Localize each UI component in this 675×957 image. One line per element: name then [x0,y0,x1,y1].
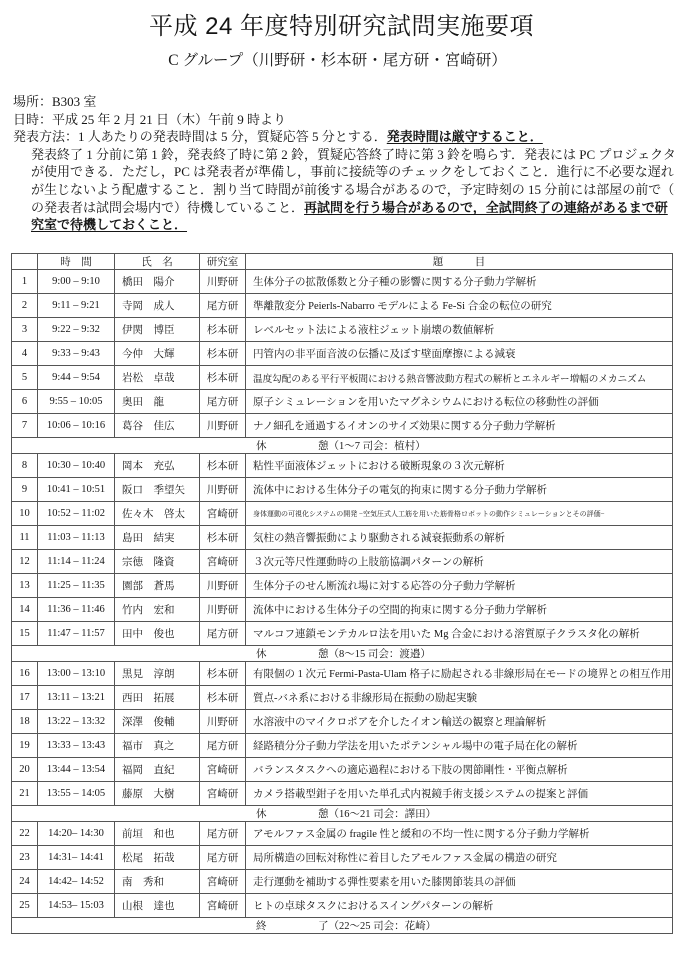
time-slot: 11:03 – 11:13 [38,526,115,550]
notes-text: の発表者は試問会場内で）待機していること． [31,200,304,215]
row-number: 3 [12,318,38,342]
thesis-title: アモルファス金属の fragile 性と緩和の不均一性に関する分子動力学解析 [246,822,673,846]
thesis-title: マルコフ連鎖モンテカルロ法を用いた Mg 合金における溶質原子クラスタ化の解析 [246,622,673,646]
header-number [12,254,38,270]
break-row: 休憩（16〜21 司会：譯田） [12,806,673,822]
break-row: 休憩（1〜7 司会：植村） [12,438,673,454]
row-number: 2 [12,294,38,318]
time-slot: 10:06 – 10:16 [38,414,115,438]
thesis-title: 身体運動の可視化システムの開発 −空気圧式人工筋を用いた筋骨格ロボットの動作シミ… [246,502,673,526]
place-line: 場所：B303 室 [0,93,675,111]
thesis-title: レベルセット法による液柱ジェット崩壊の数値解析 [246,318,673,342]
time-slot: 9:33 – 9:43 [38,342,115,366]
presenter-name: 伊関 博臣 [115,318,200,342]
thesis-title: 円管内の非平面音波の伝播に及ぼす壁面摩擦による減衰 [246,342,673,366]
lab-name: 川野研 [200,574,246,598]
presenter-name: 南 秀和 [115,870,200,894]
thesis-title: 有限個の 1 次元 Fermi-Pasta-Ulam 格子に励起される非線形局在… [246,662,673,686]
method-line: 発表方法：1 人あたりの発表時間は 5 分，質疑応答 5 分とする．発表時間は厳… [0,128,675,146]
table-row: 1511:47 – 11:57田中 俊也尾方研マルコフ連鎖モンテカルロ法を用いた… [12,622,673,646]
row-number: 5 [12,366,38,390]
thesis-title: 生体分子の拡散係数と分子種の影響に関する分子動力学解析 [246,270,673,294]
presenter-name: 福岡 直紀 [115,758,200,782]
break-label-detail: 憩（8〜15 司会：渡邉） [318,649,431,660]
thesis-title: ３次元等尺性運動時の上肢筋協調パターンの解析 [246,550,673,574]
table-row: 1411:36 – 11:46竹内 宏和川野研流体中における生体分子の空間的拘束… [12,598,673,622]
presenter-name: 奥田 龍 [115,390,200,414]
row-number: 12 [12,550,38,574]
row-number: 9 [12,478,38,502]
row-number: 22 [12,822,38,846]
thesis-title: 原子シミュレーションを用いたマグネシウムにおける転位の移動性の評価 [246,390,673,414]
presenter-name: 阪口 季望矢 [115,478,200,502]
break-label-detail: 憩（1〜7 司会：植村） [318,441,426,452]
presenter-name: 佐々木 啓太 [115,502,200,526]
time-slot: 11:14 – 11:24 [38,550,115,574]
table-row: 1913:33 – 13:43福市 真之尾方研経路積分分子動力学法を用いたポテン… [12,734,673,758]
time-slot: 9:55 – 10:05 [38,390,115,414]
lab-name: 杉本研 [200,526,246,550]
header-lab: 研究室 [200,254,246,270]
table-row: 1211:14 – 11:24宗徳 隆資宮崎研３次元等尺性運動時の上肢筋協調パタ… [12,550,673,574]
lab-name: 尾方研 [200,294,246,318]
lab-name: 川野研 [200,598,246,622]
table-row: 2314:31– 14:41松尾 拓哉尾方研局所構造の回転対称性に着目したアモル… [12,846,673,870]
row-number: 4 [12,342,38,366]
table-row: 1010:52 – 11:02佐々木 啓太宮崎研身体運動の可視化システムの開発 … [12,502,673,526]
time-slot: 9:11 – 9:21 [38,294,115,318]
lab-name: 川野研 [200,414,246,438]
lab-name: 杉本研 [200,342,246,366]
table-row: 19:00 – 9:10橋田 陽介川野研生体分子の拡散係数と分子種の影響に関する… [12,270,673,294]
thesis-title: 準離散変分 Peierls-Nabarro モデルによる Fe-Si 合金の転位… [246,294,673,318]
row-number: 20 [12,758,38,782]
table-row: 910:41 – 10:51阪口 季望矢川野研流体中における生体分子の電気的拘束… [12,478,673,502]
lab-name: 宮崎研 [200,550,246,574]
row-number: 8 [12,454,38,478]
time-slot: 13:22 – 13:32 [38,710,115,734]
schedule-table: 時 間 氏 名 研究室 題 目 19:00 – 9:10橋田 陽介川野研生体分子… [11,253,673,934]
row-number: 13 [12,574,38,598]
thesis-title: 流体中における生体分子の電気的拘束に関する分子動力学解析 [246,478,673,502]
presenter-name: 宗徳 隆資 [115,550,200,574]
presenter-name: 前垣 和也 [115,822,200,846]
table-row: 1311:25 – 11:35園部 蒼馬川野研生体分子のせん断流れ場に対する応答… [12,574,673,598]
time-slot: 14:31– 14:41 [38,846,115,870]
lab-name: 宮崎研 [200,870,246,894]
thesis-title: 質点-バネ系における非線形局在振動の励起実験 [246,686,673,710]
lab-name: 宮崎研 [200,758,246,782]
time-slot: 13:44 – 13:54 [38,758,115,782]
time-slot: 11:47 – 11:57 [38,622,115,646]
time-slot: 9:22 – 9:32 [38,318,115,342]
presenter-name: 藤原 大樹 [115,782,200,806]
table-row: 2514:53– 15:03山根 達也宮崎研ヒトの卓球タスクにおけるスイングパタ… [12,894,673,918]
break-label-start: 休 [256,438,318,453]
row-number: 16 [12,662,38,686]
end-label-detail: 了（22〜25 司会：花崎） [318,921,436,932]
header-title: 題 目 [246,254,673,270]
time-slot: 14:20– 14:30 [38,822,115,846]
notes-line: が使用できる．ただし，PC は発表者が準備し，事前に接続等のチェックをしておくこ… [0,163,675,181]
end-label-start: 終 [256,918,318,933]
thesis-title: 走行運動を補助する弾性要素を用いた膝関節装具の評価 [246,870,673,894]
notes-line: の発表者は試問会場内で）待機していること．再試問を行う場合があるので，全試問終了… [0,199,675,217]
row-number: 24 [12,870,38,894]
lab-name: 宮崎研 [200,894,246,918]
thesis-title: ヒトの卓球タスクにおけるスイングパターンの解析 [246,894,673,918]
time-slot: 13:00 – 13:10 [38,662,115,686]
table-row: 2113:55 – 14:05藤原 大樹宮崎研カメラ搭載型鉗子を用いた単孔式内視… [12,782,673,806]
time-slot: 13:55 – 14:05 [38,782,115,806]
time-slot: 14:42– 14:52 [38,870,115,894]
table-row: 710:06 – 10:16葛谷 佳広川野研ナノ細孔を通過するイオンのサイズ効果… [12,414,673,438]
presenter-name: 福市 真之 [115,734,200,758]
time-slot: 10:41 – 10:51 [38,478,115,502]
notes-emphasis: 再試問を行う場合があるので，全試問終了の連絡があるまで研 [304,200,668,215]
presenter-name: 西田 拓展 [115,686,200,710]
table-row: 2013:44 – 13:54福岡 直紀宮崎研バランスタスクへの適応過程における… [12,758,673,782]
presenter-name: 松尾 拓哉 [115,846,200,870]
lab-name: 尾方研 [200,822,246,846]
table-row: 39:22 – 9:32伊関 博臣杉本研レベルセット法による液柱ジェット崩壊の数… [12,318,673,342]
lab-name: 宮崎研 [200,782,246,806]
group-subtitle: C グループ（川野研・杉本研・尾方研・宮崎研） [0,51,675,71]
table-row: 49:33 – 9:43今仲 大輝杉本研円管内の非平面音波の伝播に及ぼす壁面摩擦… [12,342,673,366]
table-row: 1111:03 – 11:13島田 結実杉本研気柱の熱音響振動により駆動される減… [12,526,673,550]
datetime-line: 日時：平成 25 年 2 月 21 日（木）午前 9 時より [0,111,675,129]
lab-name: 宮崎研 [200,502,246,526]
thesis-title: 局所構造の回転対称性に着目したアモルファス金属の構造の研究 [246,846,673,870]
row-number: 17 [12,686,38,710]
break-row: 休憩（8〜15 司会：渡邉） [12,646,673,662]
lab-name: 尾方研 [200,846,246,870]
table-row: 29:11 – 9:21寺岡 成人尾方研準離散変分 Peierls-Nabarr… [12,294,673,318]
end-cell: 終了（22〜25 司会：花崎） [12,918,673,934]
lab-name: 川野研 [200,710,246,734]
lab-name: 尾方研 [200,622,246,646]
thesis-title: 生体分子のせん断流れ場に対する応答の分子動力学解析 [246,574,673,598]
instructions: 場所：B303 室 日時：平成 25 年 2 月 21 日（木）午前 9 時より… [0,93,675,234]
lab-name: 杉本研 [200,366,246,390]
table-header: 時 間 氏 名 研究室 題 目 [12,254,673,270]
method-text: 発表方法：1 人あたりの発表時間は 5 分，質疑応答 5 分とする． [13,129,387,144]
table-row: 2214:20– 14:30前垣 和也尾方研アモルファス金属の fragile … [12,822,673,846]
lab-name: 尾方研 [200,734,246,758]
table-row: 1613:00 – 13:10黒見 淳朗杉本研有限個の 1 次元 Fermi-P… [12,662,673,686]
presenter-name: 島田 結実 [115,526,200,550]
lab-name: 杉本研 [200,686,246,710]
time-slot: 13:33 – 13:43 [38,734,115,758]
notes-line: 究室で待機しておくこと． [0,216,675,234]
end-row: 終了（22〜25 司会：花崎） [12,918,673,934]
presenter-name: 園部 蒼馬 [115,574,200,598]
presenter-name: 岩松 卓哉 [115,366,200,390]
break-label-start: 休 [256,646,318,661]
break-label-detail: 憩（16〜21 司会：譯田） [318,809,436,820]
row-number: 11 [12,526,38,550]
lab-name: 杉本研 [200,454,246,478]
lab-name: 杉本研 [200,662,246,686]
time-slot: 9:44 – 9:54 [38,366,115,390]
time-slot: 11:36 – 11:46 [38,598,115,622]
notes-emphasis: 究室で待機しておくこと． [31,217,187,232]
row-number: 25 [12,894,38,918]
lab-name: 尾方研 [200,390,246,414]
thesis-title: 温度勾配のある平行平板間における熱音響波動方程式の解析とエネルギー増幅のメカニズ… [246,366,673,390]
break-cell: 休憩（16〜21 司会：譯田） [12,806,673,822]
thesis-title: 水溶液中のマイクロポアを介したイオン輸送の観察と理論解析 [246,710,673,734]
row-number: 23 [12,846,38,870]
break-cell: 休憩（1〜7 司会：植村） [12,438,673,454]
thesis-title: バランスタスクへの適応過程における下肢の関節剛性・平衡点解析 [246,758,673,782]
time-slot: 9:00 – 9:10 [38,270,115,294]
presenter-name: 竹内 宏和 [115,598,200,622]
table-row: 2414:42– 14:52南 秀和宮崎研走行運動を補助する弾性要素を用いた膝関… [12,870,673,894]
thesis-title: 流体中における生体分子の空間的拘束に関する分子動力学解析 [246,598,673,622]
table-row: 1813:22 – 13:32深澤 俊輔川野研水溶液中のマイクロポアを介したイオ… [12,710,673,734]
presenter-name: 寺岡 成人 [115,294,200,318]
presenter-name: 山根 達也 [115,894,200,918]
row-number: 10 [12,502,38,526]
table-row: 59:44 – 9:54岩松 卓哉杉本研温度勾配のある平行平板間における熱音響波… [12,366,673,390]
header-time: 時 間 [38,254,115,270]
lab-name: 杉本研 [200,318,246,342]
presenter-name: 深澤 俊輔 [115,710,200,734]
thesis-title: 気柱の熱音響振動により駆動される減衰振動系の解析 [246,526,673,550]
row-number: 21 [12,782,38,806]
break-cell: 休憩（8〜15 司会：渡邉） [12,646,673,662]
presenter-name: 橋田 陽介 [115,270,200,294]
presenter-name: 岡本 充弘 [115,454,200,478]
time-slot: 10:52 – 11:02 [38,502,115,526]
thesis-title: 経路積分分子動力学法を用いたポテンシャル場中の電子局在化の解析 [246,734,673,758]
row-number: 19 [12,734,38,758]
thesis-title: 粘性平面液体ジェットにおける破断現象の３次元解析 [246,454,673,478]
page-title: 平成 24 年度特別研究試問実施要項 [0,13,675,41]
thesis-title: カメラ搭載型鉗子を用いた単孔式内視鏡手術支援システムの提案と評価 [246,782,673,806]
presenter-name: 田中 俊也 [115,622,200,646]
table-row: 69:55 – 10:05奥田 龍尾方研原子シミュレーションを用いたマグネシウム… [12,390,673,414]
presenter-name: 今仲 大輝 [115,342,200,366]
thesis-title: ナノ細孔を通過するイオンのサイズ効果に関する分子動力学解析 [246,414,673,438]
notes-line: 発表終了 1 分前に第 1 鈴，発表終了時に第 2 鈴，質疑応答終了時に第 3 … [0,146,675,164]
presenter-name: 黒見 淳朗 [115,662,200,686]
row-number: 18 [12,710,38,734]
table-row: 1713:11 – 13:21西田 拓展杉本研質点-バネ系における非線形局在振動… [12,686,673,710]
row-number: 15 [12,622,38,646]
row-number: 14 [12,598,38,622]
row-number: 1 [12,270,38,294]
header-name: 氏 名 [115,254,200,270]
row-number: 7 [12,414,38,438]
row-number: 6 [12,390,38,414]
time-slot: 10:30 – 10:40 [38,454,115,478]
break-label-start: 休 [256,806,318,821]
time-slot: 14:53– 15:03 [38,894,115,918]
lab-name: 川野研 [200,270,246,294]
notes-line: が生じないよう配慮すること．割り当て時間が前後する場合があるので，予定時刻の 1… [0,181,675,199]
table-row: 810:30 – 10:40岡本 充弘杉本研粘性平面液体ジェットにおける破断現象… [12,454,673,478]
time-slot: 13:11 – 13:21 [38,686,115,710]
time-slot: 11:25 – 11:35 [38,574,115,598]
lab-name: 川野研 [200,478,246,502]
method-emphasis: 発表時間は厳守すること． [387,129,543,144]
presenter-name: 葛谷 佳広 [115,414,200,438]
